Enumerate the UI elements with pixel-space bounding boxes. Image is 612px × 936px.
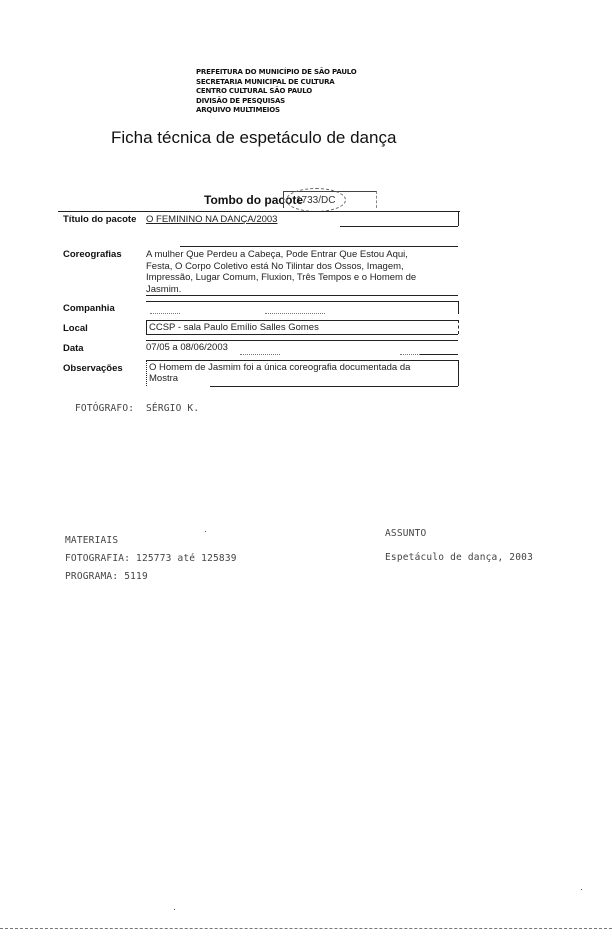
local-label: Local bbox=[63, 323, 88, 334]
field-border bbox=[210, 386, 458, 387]
observacoes-value: O Homem de Jasmim foi a única coreografi… bbox=[149, 362, 410, 384]
header-line: ARQUIVO MULTIMEIOS bbox=[196, 106, 357, 116]
header-line: SECRETARIA MUNICIPAL DE CULTURA bbox=[196, 78, 357, 88]
fotografo-value: SÉRGIO K. bbox=[146, 403, 199, 414]
titulo-label: Título do pacote bbox=[63, 214, 136, 225]
coreografias-label: Coreografias bbox=[63, 249, 122, 260]
tombo-value: 1733/DC bbox=[296, 195, 335, 206]
scan-edge-noise bbox=[0, 928, 612, 931]
scan-speck bbox=[205, 531, 206, 532]
data-value: 07/05 a 08/06/2003 bbox=[146, 342, 228, 353]
companhia-label: Companhia bbox=[63, 303, 115, 314]
coreografias-line: Impressão, Lugar Comum, Fluxion, Três Te… bbox=[146, 272, 416, 284]
assunto-heading: ASSUNTO bbox=[385, 528, 426, 539]
field-border bbox=[146, 340, 458, 341]
field-dots bbox=[240, 354, 280, 355]
field-border bbox=[458, 360, 459, 386]
field-border bbox=[146, 301, 458, 302]
materiais-heading: MATERIAIS bbox=[65, 535, 118, 546]
local-value: CCSP - sala Paulo Emílio Salles Gomes bbox=[149, 322, 319, 333]
divider-line bbox=[58, 211, 460, 212]
observacoes-line: O Homem de Jasmim foi a única coreografi… bbox=[149, 362, 410, 373]
field-dots bbox=[265, 313, 325, 314]
observacoes-label: Observações bbox=[63, 363, 123, 374]
institution-header: PREFEITURA DO MUNICÍPIO DE SÃO PAULO SEC… bbox=[196, 68, 357, 116]
field-dots bbox=[400, 354, 420, 355]
field-border bbox=[180, 246, 458, 247]
scan-speck bbox=[174, 909, 175, 910]
coreografias-line: Festa, O Corpo Coletivo está No Tilintar… bbox=[146, 261, 416, 273]
field-border bbox=[458, 320, 459, 334]
field-dots bbox=[150, 313, 180, 314]
materiais-line: FOTOGRAFIA: 125773 até 125839 bbox=[65, 553, 237, 564]
field-border bbox=[146, 320, 147, 334]
scan-speck bbox=[581, 889, 582, 890]
data-label: Data bbox=[63, 343, 84, 354]
observacoes-line: Mostra bbox=[149, 373, 410, 384]
coreografias-value: A mulher Que Perdeu a Cabeça, Pode Entra… bbox=[146, 249, 416, 295]
field-border bbox=[458, 211, 459, 226]
field-border bbox=[420, 354, 458, 355]
coreografias-line: Jasmim. bbox=[146, 284, 416, 296]
header-line: PREFEITURA DO MUNICÍPIO DE SÃO PAULO bbox=[196, 68, 357, 78]
field-border bbox=[146, 360, 147, 386]
document-title: Ficha técnica de espetáculo de dança bbox=[111, 128, 396, 148]
coreografias-line: A mulher Que Perdeu a Cabeça, Pode Entra… bbox=[146, 249, 416, 261]
field-border bbox=[146, 320, 458, 321]
header-line: CENTRO CULTURAL SÃO PAULO bbox=[196, 87, 357, 97]
field-border bbox=[146, 295, 458, 296]
header-line: DIVISÃO DE PESQUISAS bbox=[196, 97, 357, 107]
assunto-value: Espetáculo de dança, 2003 bbox=[385, 552, 533, 563]
field-border bbox=[340, 226, 458, 227]
field-border bbox=[146, 334, 458, 335]
titulo-value: O FEMININO NA DANÇA/2003 bbox=[146, 214, 277, 225]
field-border bbox=[458, 301, 459, 314]
fotografo-label: FOTÓGRAFO: bbox=[75, 403, 134, 414]
materiais-line: PROGRAMA: 5119 bbox=[65, 571, 148, 582]
field-border bbox=[146, 360, 458, 361]
